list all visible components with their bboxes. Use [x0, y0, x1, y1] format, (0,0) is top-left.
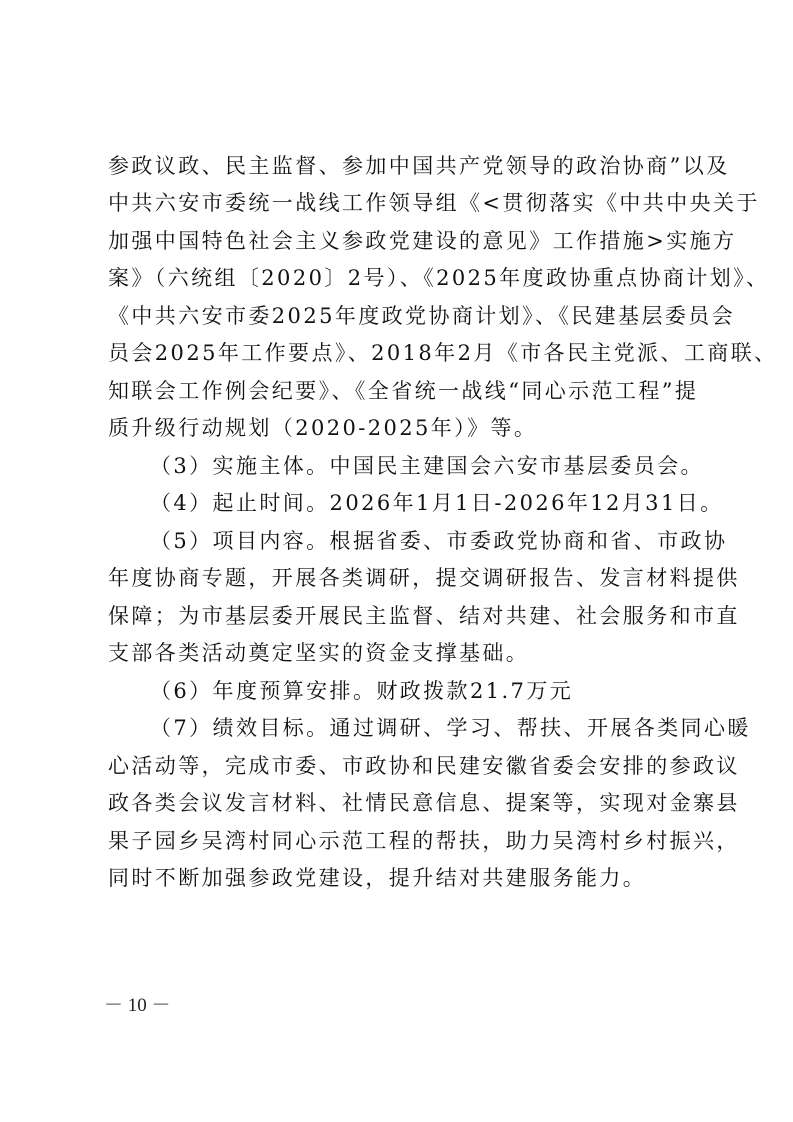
page-number: － 10 －: [104, 994, 171, 1018]
document-page: 参政议政、民主监督、参加中国共产党领导的政治协商”以及 中共六安市委统一战线工作…: [0, 0, 793, 1122]
text-line: 案》（六统组〔2020〕2号）、《2025年度政协重点协商计划》、: [108, 264, 688, 292]
text-line: 员会2025年工作要点》、2018年2月《市各民主党派、工商联、: [108, 339, 688, 367]
text-line: 加强中国特色社会主义参政党建设的意见》工作措施>实施方: [108, 227, 688, 255]
goals-paragraph: （7）绩效目标。通过调研、学习、帮扶、开展各类同心暖: [150, 714, 730, 742]
text-line: 保障；为市基层委开展民主监督、结对共建、社会服务和市直: [108, 602, 688, 630]
text-line: 知联会工作例会纪要》、《全省统一战线“同心示范工程”提: [108, 377, 688, 405]
text-line: 果子园乡吴湾村同心示范工程的帮扶，助力吴湾村乡村振兴，: [108, 827, 688, 855]
content-paragraph: （5）项目内容。根据省委、市委政党协商和省、市政协: [150, 527, 730, 555]
period-paragraph: （4）起止时间。2026年1月1日-2026年12月31日。: [150, 489, 730, 517]
text-line: 质升级行动规划（2020-2025年）》等。: [108, 414, 688, 442]
text-line: 政各类会议发言材料、社情民意信息、提案等，实现对金寨县: [108, 789, 688, 817]
text-line: 年度协商专题，开展各类调研，提交调研报告、发言材料提供: [108, 564, 688, 592]
text-line: 支部各类活动奠定坚实的资金支撑基础。: [108, 639, 688, 667]
budget-paragraph: （6）年度预算安排。财政拨款21.7万元: [150, 677, 730, 705]
text-line: 中共六安市委统一战线工作领导组《<贯彻落实《中共中央关于: [108, 189, 688, 217]
implementer-paragraph: （3）实施主体。中国民主建国会六安市基层委员会。: [150, 452, 730, 480]
text-line: 同时不断加强参政党建设，提升结对共建服务能力。: [108, 864, 688, 892]
text-line: 《中共六安市委2025年度政党协商计划》、《民建基层委员会: [108, 302, 688, 330]
text-line: 心活动等，完成市委、市政协和民建安徽省委会安排的参政议: [108, 752, 688, 780]
text-line: 参政议政、民主监督、参加中国共产党领导的政治协商”以及: [108, 152, 688, 180]
